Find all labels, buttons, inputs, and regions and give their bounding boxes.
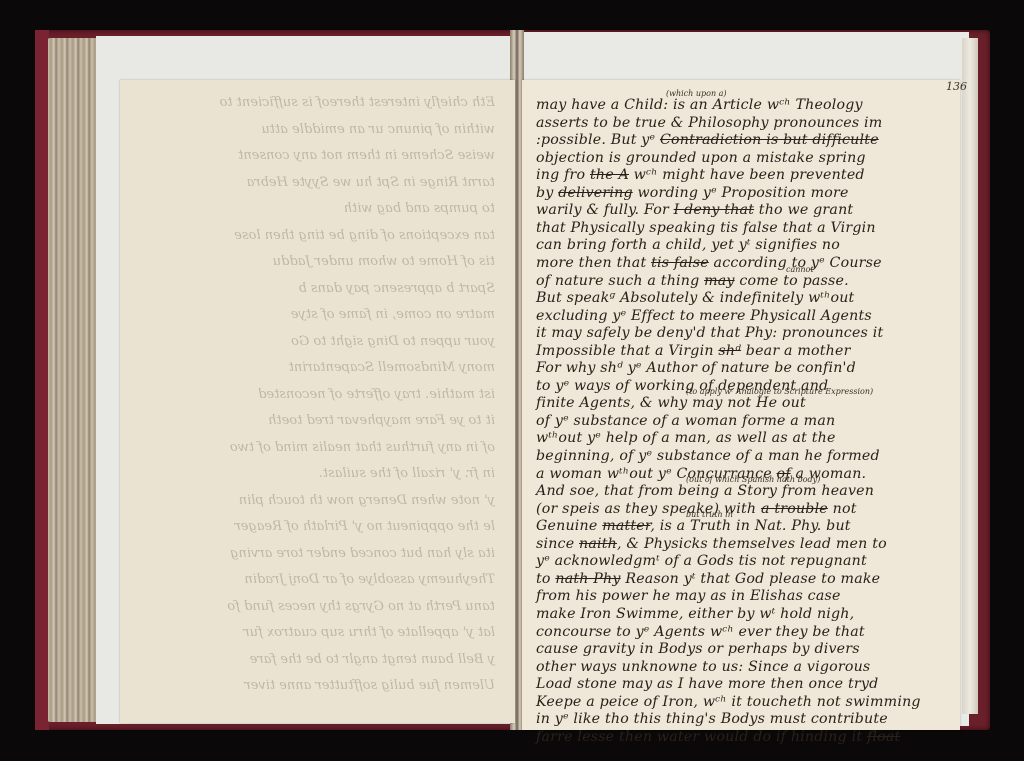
interlinear-note: (which upon a) bbox=[666, 89, 727, 98]
cover-spine-edge bbox=[35, 30, 49, 730]
left-page: Eth chiefly interest thereof is sufficie… bbox=[120, 80, 515, 723]
interlinear-note: (out of which Spanish hath body) bbox=[686, 475, 820, 484]
bleed-through-text: Eth chiefly interest thereof is sufficie… bbox=[148, 90, 495, 703]
interlinear-note: but truth in bbox=[686, 510, 733, 519]
right-page: 136 may have a Child: is an Article wᶜʰ … bbox=[522, 80, 960, 730]
interlinear-note: cannot bbox=[786, 265, 814, 274]
page-edges-left bbox=[48, 38, 100, 722]
struck-text: float bbox=[867, 729, 901, 745]
folio-number: 136 bbox=[946, 80, 967, 93]
interlinear-note: (to apply wᵗ Analogie to Scripture Expre… bbox=[686, 387, 873, 396]
page-edges-right bbox=[962, 38, 978, 714]
manuscript-line: farre lesse then water would do if hindi… bbox=[536, 726, 900, 748]
